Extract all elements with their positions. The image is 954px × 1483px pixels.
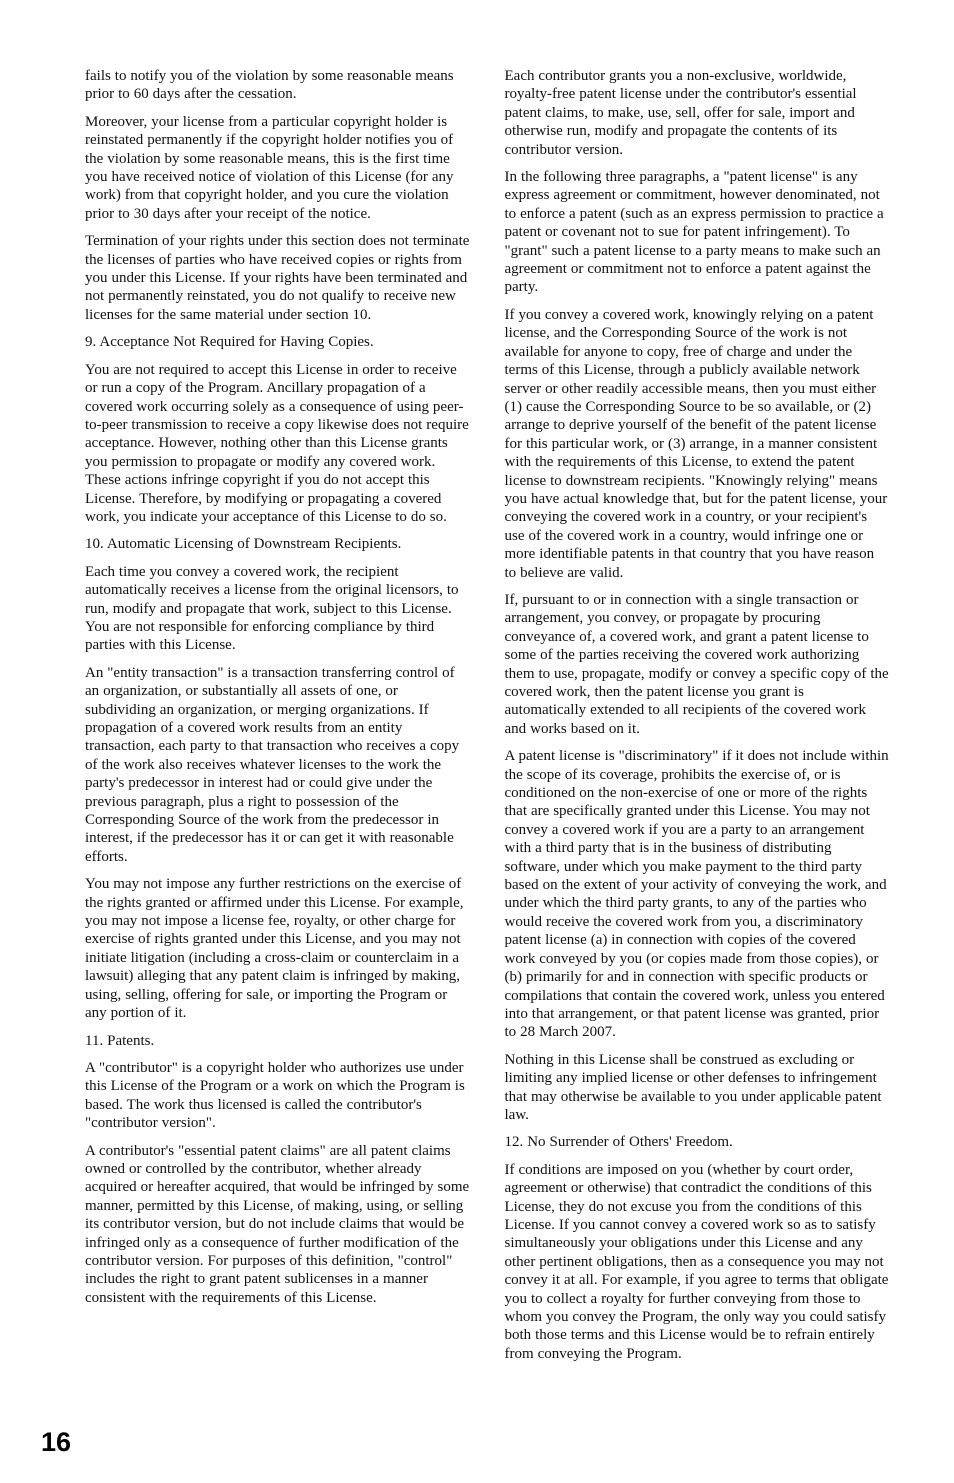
left-column: fails to notify you of the violation by …: [85, 67, 470, 1372]
paragraph: Each contributor grants you a non-exclus…: [505, 67, 890, 159]
paragraph: Moreover, your license from a particular…: [85, 113, 470, 223]
paragraph: Nothing in this License shall be constru…: [505, 1051, 890, 1125]
document-page: fails to notify you of the violation by …: [0, 0, 954, 1483]
paragraph: A "contributor" is a copyright holder wh…: [85, 1059, 470, 1133]
page-number: 16: [41, 1429, 71, 1456]
paragraph: An "entity transaction" is a transaction…: [85, 664, 470, 866]
paragraph: If, pursuant to or in connection with a …: [505, 591, 890, 738]
paragraph: A patent license is "discriminatory" if …: [505, 747, 890, 1042]
two-column-text: fails to notify you of the violation by …: [85, 67, 889, 1372]
paragraph: In the following three paragraphs, a "pa…: [505, 168, 890, 297]
section-heading-11: 11. Patents.: [85, 1032, 470, 1050]
paragraph: You are not required to accept this Lice…: [85, 361, 470, 527]
paragraph: You may not impose any further restricti…: [85, 875, 470, 1022]
section-heading-10: 10. Automatic Licensing of Downstream Re…: [85, 535, 470, 553]
right-column: Each contributor grants you a non-exclus…: [505, 67, 890, 1372]
paragraph: A contributor's "essential patent claims…: [85, 1142, 470, 1308]
paragraph: Each time you convey a covered work, the…: [85, 563, 470, 655]
paragraph: Termination of your rights under this se…: [85, 232, 470, 324]
paragraph: If you convey a covered work, knowingly …: [505, 306, 890, 582]
section-heading-12: 12. No Surrender of Others' Freedom.: [505, 1133, 890, 1151]
paragraph: If conditions are imposed on you (whethe…: [505, 1161, 890, 1363]
paragraph: fails to notify you of the violation by …: [85, 67, 470, 104]
section-heading-9: 9. Acceptance Not Required for Having Co…: [85, 333, 470, 351]
